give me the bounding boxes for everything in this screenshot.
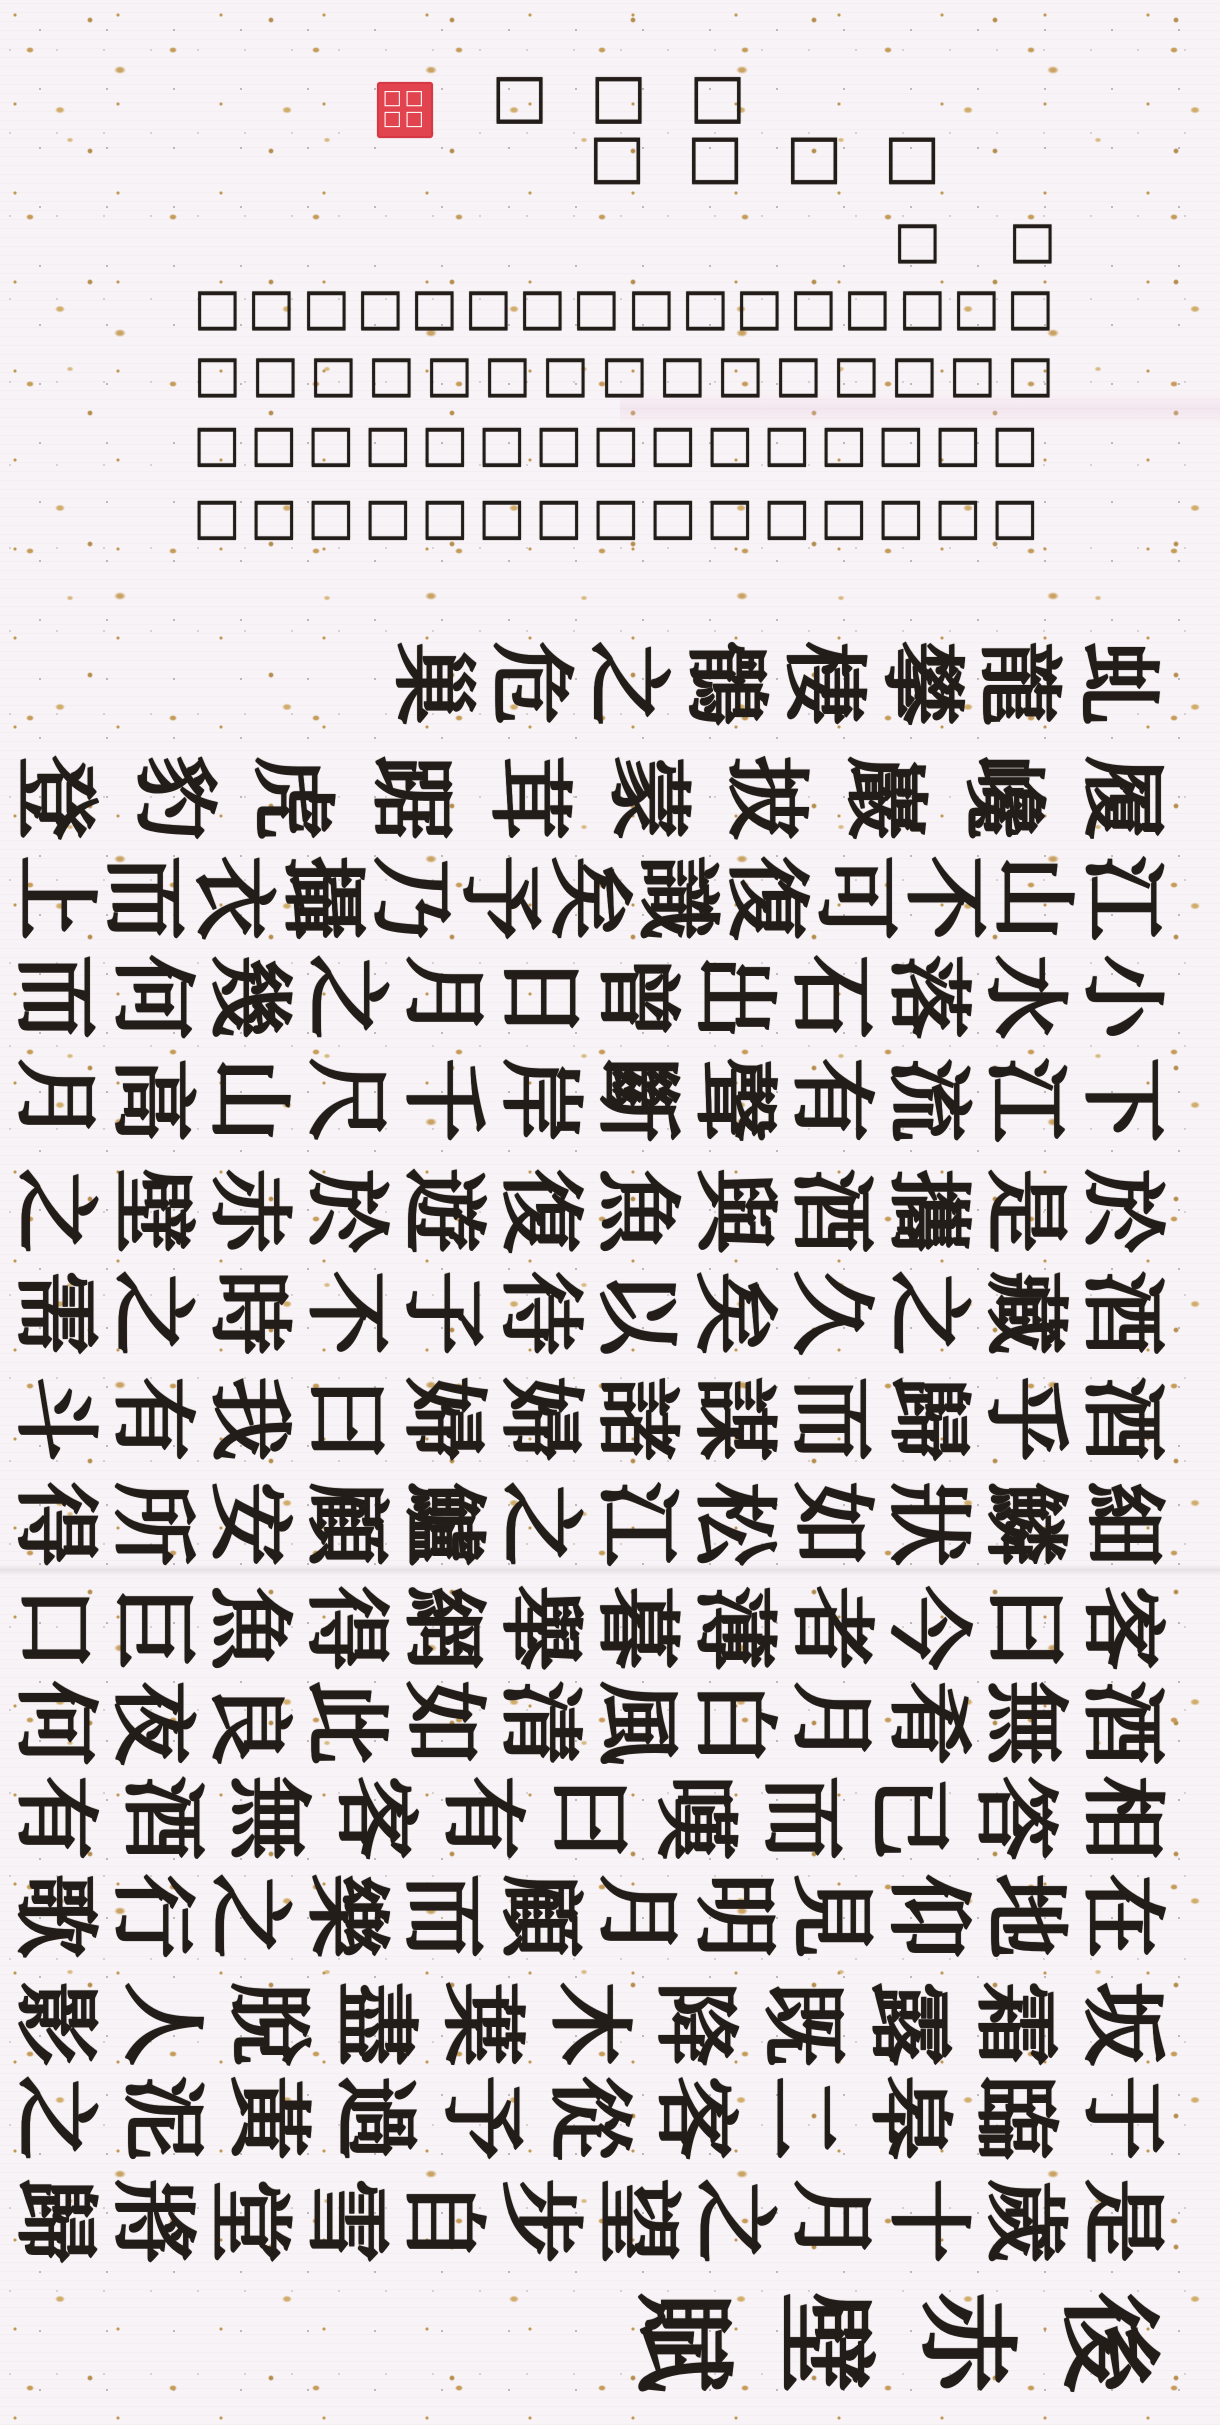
glyph: □ (480, 415, 532, 479)
glyph: 過 (332, 2062, 418, 2172)
glyph: □ (651, 415, 703, 479)
glyph: □ (594, 488, 646, 552)
glyph: 明 (691, 1860, 777, 1970)
glyph: 久 (788, 1257, 874, 1367)
seal-characters: □□□□ (383, 88, 427, 132)
glyph: 既 (759, 1968, 845, 2078)
glyph: 之 (12, 1155, 98, 1265)
text-column-2: 于臨皋二客從予過黃泥之 (12, 2062, 1165, 2172)
glyph: 之 (109, 1257, 195, 1367)
glyph: 狀 (885, 1468, 971, 1578)
glyph: 小 (1079, 941, 1165, 1051)
glyph: 斷 (594, 1044, 680, 1154)
glyph: 從 (546, 2062, 632, 2172)
glyph: □ (791, 278, 843, 342)
glyph: □ (895, 211, 947, 275)
text-column-4: 在地仰見明月顧而樂之行歌 (12, 1860, 1165, 1970)
glyph: □ (1008, 345, 1060, 409)
glyph: 斗 (12, 1363, 98, 1473)
glyph: □ (822, 415, 874, 479)
glyph: 江 (594, 1468, 680, 1578)
glyph: 客 (332, 1762, 418, 1872)
glyph: 降 (652, 1968, 738, 2078)
glyph: □ (423, 488, 475, 552)
glyph: □ (427, 345, 479, 409)
glyph: 答 (972, 1762, 1058, 1872)
glyph: □ (366, 415, 418, 479)
glyph: 今 (885, 1572, 971, 1682)
glyph: □ (950, 345, 1002, 409)
glyph: 是 (1079, 2165, 1165, 2275)
glyph: □ (252, 415, 304, 479)
glyph: 婦 (497, 1363, 583, 1473)
glyph: □ (708, 415, 760, 479)
glyph: □ (765, 415, 817, 479)
glyph: 之 (12, 2062, 98, 2172)
glyph: 何 (109, 941, 195, 1051)
glyph: □ (309, 488, 361, 552)
glyph: □ (366, 488, 418, 552)
glyph: □ (304, 278, 356, 342)
glyph: □ (936, 415, 988, 479)
text-column-7: 客曰今者薄暮舉網得魚巨口 (12, 1572, 1165, 1682)
glyph: 之 (497, 1468, 583, 1578)
colophon-column-1: □□□□□□□□□□□□□□□ (195, 488, 1045, 552)
glyph: 顧 (497, 1860, 583, 1970)
glyph: 客 (652, 2062, 738, 2172)
glyph: 巢 (390, 628, 476, 738)
glyph: 後 (1058, 2280, 1160, 2404)
glyph: 於 (303, 1155, 389, 1265)
seal-stamp: □□□□ (377, 82, 433, 138)
glyph: 上 (12, 842, 98, 952)
glyph: 水 (982, 941, 1068, 1051)
glyph: 堂 (206, 2165, 292, 2275)
glyph: 此 (303, 1667, 389, 1777)
glyph: □ (936, 488, 988, 552)
glyph: 樂 (303, 1860, 389, 1970)
glyph: 履 (1079, 742, 1165, 852)
text-column-13: 小水落石出曾日月之幾何而 (12, 941, 1165, 1051)
glyph: 自 (400, 2165, 486, 2275)
glyph: 之 (585, 628, 671, 738)
glyph: 需 (12, 1257, 98, 1367)
glyph: 鶻 (683, 628, 769, 738)
glyph: 已 (866, 1762, 952, 1872)
glyph: 鱸 (400, 1468, 486, 1578)
glyph: 而 (12, 941, 98, 1051)
glyph: 龍 (976, 628, 1062, 738)
glyph: 月 (594, 1860, 680, 1970)
glyph: □ (993, 415, 1045, 479)
glyph: 人 (119, 1968, 205, 2078)
glyph: 出 (691, 941, 777, 1051)
glyph: 有 (109, 1363, 195, 1473)
glyph: □ (253, 345, 305, 409)
glyph: □ (252, 488, 304, 552)
glyph: 登 (12, 742, 98, 852)
glyph: □ (885, 124, 947, 196)
colophon-column-5: □□ (895, 211, 1062, 275)
glyph: 謀 (691, 1363, 777, 1473)
glyph: □ (594, 415, 646, 479)
scroll-paper: 後赤壁賦 是歲十月之望步自雪堂將歸 于臨皋二客從予過黃泥之 坂霜露既降木葉盡脫人… (0, 0, 1220, 2425)
glyph: □ (602, 345, 654, 409)
glyph: 暮 (594, 1572, 680, 1682)
glyph: □ (466, 278, 518, 342)
glyph: 二 (759, 2062, 845, 2172)
glyph: 之 (885, 1257, 971, 1367)
glyph: 復 (723, 842, 809, 952)
glyph: 望 (594, 2165, 680, 2275)
glyph: 行 (109, 1860, 195, 1970)
glyph: □ (1008, 278, 1060, 342)
glyph: 無 (226, 1762, 312, 1872)
glyph: 於 (1079, 1155, 1165, 1265)
text-column-8: 細鱗狀如松江之鱸顧安所得 (12, 1468, 1165, 1578)
glyph: 流 (885, 1044, 971, 1154)
glyph: □ (575, 278, 627, 342)
glyph: □ (537, 415, 589, 479)
glyph: □ (822, 488, 874, 552)
glyph: □ (195, 415, 247, 479)
glyph: 魚 (206, 1572, 292, 1682)
glyph: 風 (594, 1667, 680, 1777)
glyph: 曰 (982, 1572, 1068, 1682)
glyph: 而 (101, 842, 187, 952)
glyph: □ (195, 488, 247, 552)
glyph: 相 (1079, 1762, 1165, 1872)
glyph: 有 (12, 1762, 98, 1872)
glyph: 巨 (109, 1572, 195, 1682)
glyph: □ (1010, 211, 1062, 275)
glyph: 壁 (774, 2280, 876, 2404)
glyph: 虬 (1074, 628, 1160, 738)
glyph: □ (834, 345, 886, 409)
glyph: 以 (594, 1257, 680, 1367)
text-column-15: 履巉巖披蒙茸踞虎豹登 (12, 742, 1165, 852)
glyph: □ (537, 488, 589, 552)
glyph: □ (520, 278, 572, 342)
glyph: 月 (788, 2165, 874, 2275)
glyph: 酒 (1079, 1667, 1165, 1777)
glyph: 諸 (594, 1363, 680, 1473)
glyph: 我 (206, 1363, 292, 1473)
glyph: 歲 (982, 2165, 1068, 2275)
text-column-12: 下江流有聲斷岸千尺山高月 (12, 1044, 1165, 1154)
glyph: 之 (303, 941, 389, 1051)
glyph: 藏 (982, 1257, 1068, 1367)
glyph: 巉 (960, 742, 1046, 852)
glyph: 歸 (885, 1363, 971, 1473)
glyph: 于 (1079, 2062, 1165, 2172)
glyph: 酒 (1079, 1363, 1165, 1473)
glyph: 之 (206, 1860, 292, 1970)
signature-column-2: □□□ (493, 64, 753, 136)
glyph: 細 (1079, 1468, 1165, 1578)
glyph: 月 (12, 1044, 98, 1154)
glyph: 歸 (12, 2165, 98, 2275)
text-column-11: 於是攜酒與魚復遊於赤壁之 (12, 1155, 1165, 1265)
text-column-5: 相答已而嘆曰有客無酒有 (12, 1762, 1165, 1872)
text-column-9: 酒乎歸而謀諸婦婦曰我有斗 (12, 1363, 1165, 1473)
glyph: 乃 (368, 842, 454, 952)
glyph: 矣 (546, 842, 632, 952)
text-column-14: 江山不可復識矣予乃攝衣而上 (12, 842, 1165, 952)
glyph: 十 (885, 2165, 971, 2275)
glyph: □ (660, 345, 712, 409)
glyph: 得 (303, 1572, 389, 1682)
glyph: 復 (497, 1155, 583, 1265)
glyph: 茸 (486, 742, 572, 852)
glyph: □ (311, 345, 363, 409)
glyph: □ (900, 278, 952, 342)
glyph: 棲 (781, 628, 867, 738)
glyph: □ (309, 415, 361, 479)
glyph: 高 (109, 1044, 195, 1154)
glyph: 而 (400, 1860, 486, 1970)
glyph: 月 (788, 1667, 874, 1777)
glyph: □ (892, 345, 944, 409)
glyph: □ (879, 488, 931, 552)
glyph: □ (765, 488, 817, 552)
glyph: 巖 (842, 742, 928, 852)
glyph: 山 (990, 842, 1076, 952)
glyph: 曾 (594, 941, 680, 1051)
glyph: 嘆 (652, 1762, 738, 1872)
glyph: □ (493, 64, 555, 136)
glyph: 踞 (368, 742, 454, 852)
glyph: 魚 (594, 1155, 680, 1265)
glyph: 子 (400, 1257, 486, 1367)
glyph: □ (737, 278, 789, 342)
glyph: 坂 (1079, 1968, 1165, 2078)
glyph: 網 (400, 1572, 486, 1682)
colophon-column-2: □□□□□□□□□□□□□□□ (195, 415, 1045, 479)
glyph: □ (412, 278, 464, 342)
glyph: 賦 (632, 2280, 734, 2404)
glyph: □ (845, 278, 897, 342)
glyph: 客 (1079, 1572, 1165, 1682)
glyph: □ (629, 278, 681, 342)
glyph: 將 (109, 2165, 195, 2275)
glyph: 白 (691, 1667, 777, 1777)
glyph: 盡 (332, 1968, 418, 2078)
glyph: 石 (788, 941, 874, 1051)
text-column-1: 是歲十月之望步自雪堂將歸 (12, 2165, 1165, 2275)
glyph: 予 (457, 842, 543, 952)
glyph: 落 (885, 941, 971, 1051)
glyph: 泥 (119, 2062, 205, 2172)
glyph: 岸 (497, 1044, 583, 1154)
glyph: 所 (109, 1468, 195, 1578)
glyph: 婦 (400, 1363, 486, 1473)
glyph: 尺 (303, 1044, 389, 1154)
glyph: 步 (497, 2165, 583, 2275)
glyph: 待 (497, 1257, 583, 1367)
glyph: 影 (12, 1968, 98, 2078)
glyph: 良 (206, 1667, 292, 1777)
glyph: □ (358, 278, 410, 342)
text-column-3: 坂霜露既降木葉盡脫人影 (12, 1968, 1165, 2078)
glyph: 口 (12, 1572, 98, 1682)
glyph: 與 (691, 1155, 777, 1265)
text-column-10: 酒藏之久矣以待子不時之需 (12, 1257, 1165, 1367)
glyph: 曰 (303, 1363, 389, 1473)
glyph: 安 (206, 1468, 292, 1578)
glyph: 披 (723, 742, 809, 852)
glyph: 攜 (885, 1155, 971, 1265)
glyph: □ (708, 488, 760, 552)
title-column: 後赤壁賦 (632, 2280, 1160, 2404)
glyph: 者 (788, 1572, 874, 1682)
glyph: 在 (1079, 1860, 1165, 1970)
glyph: 有 (439, 1762, 525, 1872)
glyph: 江 (1079, 842, 1165, 952)
glyph: 時 (206, 1257, 292, 1367)
glyph: 聲 (691, 1044, 777, 1154)
glyph: 千 (400, 1044, 486, 1154)
glyph: 日 (497, 941, 583, 1051)
glyph: □ (993, 488, 1045, 552)
text-column-16: 虬龍攀棲鶻之危巢 (390, 628, 1160, 738)
glyph: 雪 (303, 2165, 389, 2275)
glyph: 歌 (12, 1860, 98, 1970)
glyph: □ (544, 345, 596, 409)
glyph: 脫 (226, 1968, 312, 2078)
glyph: 松 (691, 1468, 777, 1578)
glyph: 木 (546, 1968, 632, 2078)
glyph: □ (879, 415, 931, 479)
glyph: 霜 (972, 1968, 1058, 2078)
glyph: 見 (788, 1860, 874, 1970)
glyph: □ (485, 345, 537, 409)
glyph: 虎 (249, 742, 335, 852)
glyph: 識 (634, 842, 720, 952)
glyph: 夜 (109, 1667, 195, 1777)
glyph: 酒 (1079, 1257, 1165, 1367)
glyph: 何 (12, 1667, 98, 1777)
glyph: 臨 (972, 2062, 1058, 2172)
glyph: 蒙 (605, 742, 691, 852)
glyph: 酒 (788, 1155, 874, 1265)
colophon-column-3: □□□□□□□□□□□□□□□ (195, 345, 1060, 409)
glyph: 地 (982, 1860, 1068, 1970)
glyph: 有 (788, 1044, 874, 1154)
glyph: 酒 (119, 1762, 205, 1872)
glyph: 如 (400, 1667, 486, 1777)
glyph: □ (592, 64, 654, 136)
glyph: 鱗 (982, 1468, 1068, 1578)
glyph: 月 (400, 941, 486, 1051)
glyph: □ (195, 345, 247, 409)
glyph: 而 (759, 1762, 845, 1872)
glyph: 幾 (206, 941, 292, 1051)
glyph: □ (249, 278, 301, 342)
glyph: 顧 (303, 1468, 389, 1578)
text-column-6: 酒無肴月白風清如此良夜何 (12, 1667, 1165, 1777)
glyph: 下 (1079, 1044, 1165, 1154)
glyph: 舉 (497, 1572, 583, 1682)
glyph: 清 (497, 1667, 583, 1777)
glyph: 曰 (546, 1762, 632, 1872)
glyph: □ (195, 278, 247, 342)
glyph: 不 (901, 842, 987, 952)
glyph: 攀 (879, 628, 965, 738)
glyph: □ (423, 415, 475, 479)
glyph: 豹 (131, 742, 217, 852)
glyph: 遊 (400, 1155, 486, 1265)
glyph: 露 (866, 1968, 952, 2078)
glyph: 可 (812, 842, 898, 952)
glyph: 之 (691, 2165, 777, 2275)
colophon-column-4: □□□□□□□□□□□□□□□□ (195, 278, 1060, 342)
glyph: □ (691, 64, 753, 136)
glyph: 無 (982, 1667, 1068, 1777)
glyph: □ (369, 345, 421, 409)
glyph: 乎 (982, 1363, 1068, 1473)
glyph: 攝 (279, 842, 365, 952)
glyph: □ (776, 345, 828, 409)
glyph: 不 (303, 1257, 389, 1367)
glyph: □ (954, 278, 1006, 342)
glyph: 赤 (916, 2280, 1018, 2404)
glyph: 壁 (109, 1155, 195, 1265)
glyph: 肴 (885, 1667, 971, 1777)
glyph: □ (651, 488, 703, 552)
glyph: 得 (12, 1468, 98, 1578)
glyph: 薄 (691, 1572, 777, 1682)
glyph: 予 (439, 2062, 525, 2172)
glyph: □ (718, 345, 770, 409)
glyph: 江 (982, 1044, 1068, 1154)
glyph: 矣 (691, 1257, 777, 1367)
glyph: 衣 (190, 842, 276, 952)
glyph: 葉 (439, 1968, 525, 2078)
glyph: 赤 (206, 1155, 292, 1265)
glyph: 而 (788, 1363, 874, 1473)
glyph: □ (787, 124, 849, 196)
glyph: □ (480, 488, 532, 552)
glyph: 如 (788, 1468, 874, 1578)
glyph: 是 (982, 1155, 1068, 1265)
glyph: □ (683, 278, 735, 342)
glyph: 危 (488, 628, 574, 738)
glyph: 仰 (885, 1860, 971, 1970)
glyph: 山 (206, 1044, 292, 1154)
glyph: 黃 (226, 2062, 312, 2172)
glyph: 皋 (866, 2062, 952, 2172)
